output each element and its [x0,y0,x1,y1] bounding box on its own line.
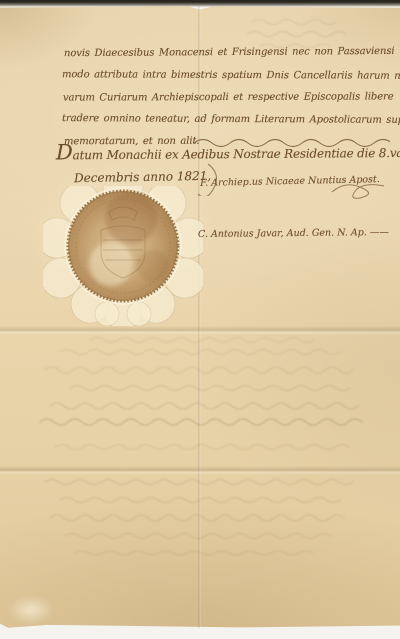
horizontal-fold-crease-lower [0,466,400,475]
manuscript-line: tradere omnino teneatur, ad formam Liter… [62,113,400,126]
manuscript-line: novis Diaecesibus Monacensi et Frisingen… [64,46,395,59]
dateline-place: Datum Monachii ex Aedibus Nostrae Reside… [56,145,400,163]
scanned-document-page: novis Diaecesibus Monacensi et Frisingen… [0,0,400,639]
signature-auditor: C. Antonius Javar, Aud. Gen. N. Ap. —— [198,227,389,240]
worn-corner-spot [8,596,54,624]
manuscript-line: varum Curiarum Archiepiscopali et respec… [63,91,394,103]
dateline-date: Decembris anno 1821, [74,169,211,185]
manuscript-line: memoratarum, et non alit. [64,136,199,147]
horizontal-fold-crease-upper [0,326,400,335]
manuscript-line: modo attributa intra bimestris spatium D… [62,69,400,82]
